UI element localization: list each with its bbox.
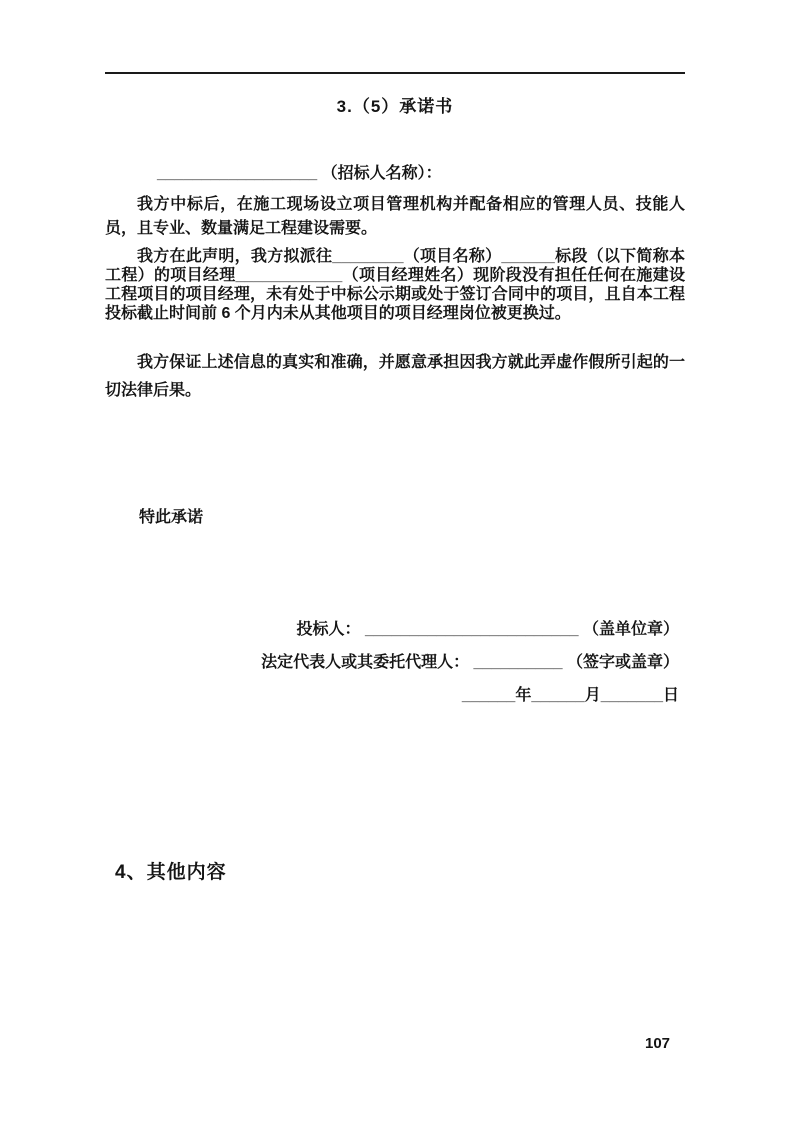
representative-signature-line: 法定代表人或其委托代理人： __________ （签字或盖章） bbox=[105, 646, 679, 679]
document-page: 3.（5）承诺书 __________________ （招标人名称）： 我方中… bbox=[0, 0, 793, 1121]
page-number: 107 bbox=[645, 1036, 670, 1052]
paragraph-project-manager-declaration: 我方在此声明，我方拟派往________（项目名称）______标段（以下简称本… bbox=[105, 247, 685, 323]
header-rule bbox=[105, 72, 685, 74]
document-content: 3.（5）承诺书 __________________ （招标人名称）： 我方中… bbox=[105, 0, 685, 886]
addressee-line: __________________ （招标人名称）： bbox=[105, 162, 685, 185]
paragraph-staffing-commitment: 我方中标后，在施工现场设立项目管理机构并配备相应的管理人员、技能人员，且专业、数… bbox=[105, 193, 685, 241]
date-line: ______年______月_______日 bbox=[105, 679, 679, 712]
next-section-heading: 4、其他内容 bbox=[105, 860, 685, 886]
paragraph-truthfulness-guarantee: 我方保证上述信息的真实和准确，并愿意承担因我方就此弄虚作假所引起的一切法律后果。 bbox=[105, 349, 685, 405]
page-title: 3.（5）承诺书 bbox=[105, 96, 685, 118]
closing-statement: 特此承诺 bbox=[105, 507, 685, 529]
bidder-signature-line: 投标人： ________________________ （盖单位章） bbox=[105, 613, 679, 646]
signature-block: 投标人： ________________________ （盖单位章） 法定代… bbox=[105, 613, 685, 712]
